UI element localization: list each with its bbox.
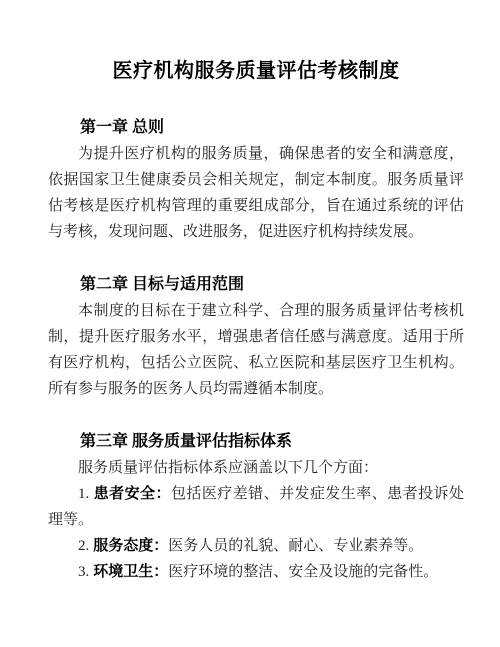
list-item-3-term: 环境卫生： [93, 564, 168, 580]
list-item-service-attitude: 2.服务态度：医务人员的礼貌、耐心、专业素养等。 [48, 533, 464, 559]
list-item-2-number: 2. [78, 538, 89, 554]
list-item-1-number: 1. [78, 486, 89, 502]
section-chapter-1: 第一章 总则 为提升医疗机构的服务质量，确保患者的安全和满意度，依据国家卫生健康… [48, 115, 464, 245]
list-item-environment-hygiene: 3.环境卫生：医疗环境的整洁、安全及设施的完备性。 [48, 559, 464, 585]
list-item-3-description: 医疗环境的整洁、安全及设施的完备性。 [168, 564, 438, 580]
list-item-1-term: 患者安全： [93, 486, 171, 502]
chapter-3-heading: 第三章 服务质量评估指标体系 [48, 429, 464, 455]
section-chapter-2: 第二章 目标与适用范围 本制度的目标在于建立科学、合理的服务质量评估考核机制，提… [48, 272, 464, 402]
document-title: 医疗机构服务质量评估考核制度 [48, 57, 464, 85]
document-page: 医疗机构服务质量评估考核制度 第一章 总则 为提升医疗机构的服务质量，确保患者的… [0, 0, 500, 647]
chapter-1-paragraph: 为提升医疗机构的服务质量，确保患者的安全和满意度，依据国家卫生健康委员会相关规定… [48, 141, 464, 245]
list-item-2-term: 服务态度： [93, 538, 168, 554]
section-chapter-3: 第三章 服务质量评估指标体系 服务质量评估指标体系应涵盖以下几个方面： 1.患者… [48, 429, 464, 585]
chapter-3-intro-paragraph: 服务质量评估指标体系应涵盖以下几个方面： [48, 455, 464, 481]
indicator-list: 1.患者安全：包括医疗差错、并发症发生率、患者投诉处理等。 2.服务态度：医务人… [48, 481, 464, 585]
chapter-2-paragraph: 本制度的目标在于建立科学、合理的服务质量评估考核机制，提升医疗服务水平，增强患者… [48, 298, 464, 402]
chapter-1-heading: 第一章 总则 [48, 115, 464, 141]
list-item-2-description: 医务人员的礼貌、耐心、专业素养等。 [168, 538, 423, 554]
chapter-2-heading: 第二章 目标与适用范围 [48, 272, 464, 298]
list-item-patient-safety: 1.患者安全：包括医疗差错、并发症发生率、患者投诉处理等。 [48, 481, 464, 533]
list-item-3-number: 3. [78, 564, 89, 580]
